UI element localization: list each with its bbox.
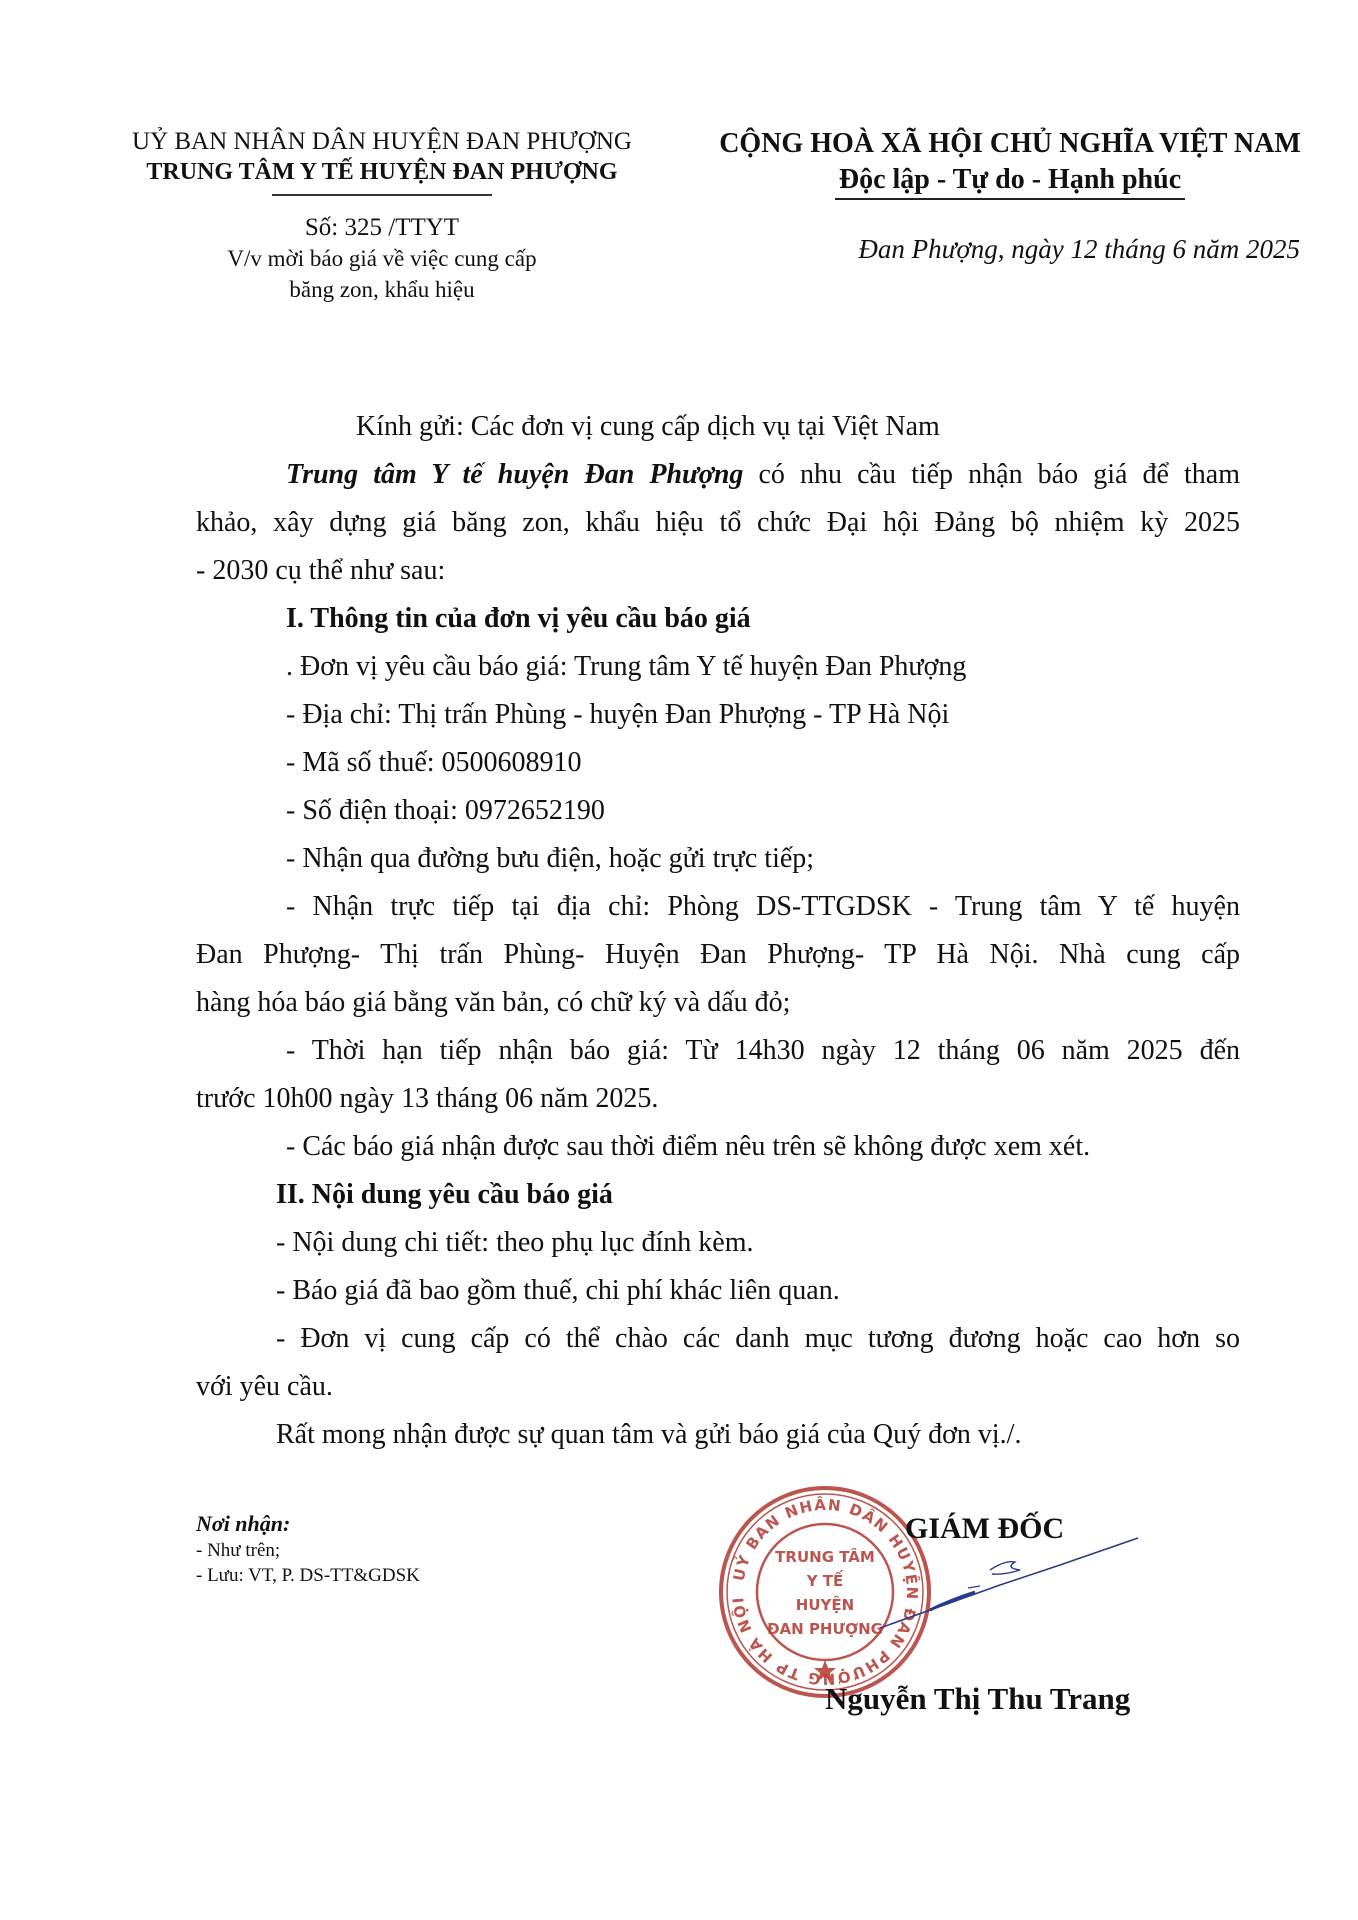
recipients-title: Nơi nhận: bbox=[196, 1510, 420, 1538]
signer-name: Nguyễn Thị Thu Trang bbox=[825, 1681, 1130, 1717]
section-2-item: - Nội dung chi tiết: theo phụ lục đính k… bbox=[196, 1219, 1240, 1267]
closing-sentence: Rất mong nhận được sự quan tâm và gửi bá… bbox=[196, 1411, 1240, 1459]
deadline-line-1: - Thời hạn tiếp nhận báo giá: Từ 14h30 n… bbox=[196, 1027, 1240, 1075]
recipient-item: - Lưu: VT, P. DS-TT&GDSK bbox=[196, 1563, 420, 1588]
stamp-inner-line: TRUNG TÂM bbox=[775, 1547, 875, 1566]
national-header: CỘNG HOÀ XÃ HỘI CHỦ NGHĨA VIỆT NAM Độc l… bbox=[690, 126, 1330, 200]
letter-body: Kính gửi: Các đơn vị cung cấp dịch vụ tạ… bbox=[196, 403, 1240, 1459]
recipients-block: Nơi nhận: - Như trên; - Lưu: VT, P. DS-T… bbox=[196, 1510, 420, 1588]
nation-title: CỘNG HOÀ XÃ HỘI CHỦ NGHĨA VIỆT NAM bbox=[690, 126, 1330, 162]
authority-name: UỶ BAN NHÂN DÂN HUYỆN ĐAN PHƯỢNG bbox=[92, 126, 672, 157]
section-1-item: - Mã số thuế: 0500608910 bbox=[196, 739, 1240, 787]
direct-receipt-line-2: Đan Phượng- Thị trấn Phùng- Huyện Đan Ph… bbox=[196, 931, 1240, 979]
subject-line-2: băng zon, khẩu hiệu bbox=[92, 274, 672, 305]
intro-line-3: - 2030 cụ thể như sau: bbox=[196, 547, 1240, 595]
subject-line-1: V/v mời báo giá về việc cung cấp bbox=[92, 243, 672, 274]
intro-organization: Trung tâm Y tế huyện Đan Phượng bbox=[286, 459, 743, 490]
agency-underline bbox=[272, 194, 492, 196]
issuing-agency-block: UỶ BAN NHÂN DÂN HUYỆN ĐAN PHƯỢNG TRUNG T… bbox=[92, 126, 672, 305]
recipient-item: - Như trên; bbox=[196, 1538, 420, 1563]
deadline-line-2: trước 10h00 ngày 13 tháng 06 năm 2025. bbox=[196, 1075, 1240, 1123]
section-1-item: - Số điện thoại: 0972652190 bbox=[196, 787, 1240, 835]
equivalent-offer-line-2: với yêu cầu. bbox=[196, 1363, 1240, 1411]
equivalent-offer-line-1: - Đơn vị cung cấp có thể chào các danh m… bbox=[196, 1315, 1240, 1363]
direct-receipt-line-3: hàng hóa báo giá bằng văn bản, có chữ ký… bbox=[196, 979, 1240, 1027]
section-1-item: . Đơn vị yêu cầu báo giá: Trung tâm Y tế… bbox=[196, 643, 1240, 691]
stamp-inner-line: ĐAN PHƯỢNG bbox=[767, 1620, 883, 1638]
stamp-inner-line: HUYỆN bbox=[796, 1594, 854, 1614]
greeting: Kính gửi: Các đơn vị cung cấp dịch vụ tạ… bbox=[196, 403, 1240, 451]
direct-receipt-line-1: - Nhận trực tiếp tại địa chỉ: Phòng DS-T… bbox=[196, 883, 1240, 931]
place-date: Đan Phượng, ngày 12 tháng 6 năm 2025 bbox=[740, 234, 1300, 265]
section-2-item: - Báo giá đã bao gồm thuế, chi phí khác … bbox=[196, 1267, 1240, 1315]
section-1-title: I. Thông tin của đơn vị yêu cầu báo giá bbox=[196, 595, 1240, 643]
section-1-item: - Nhận qua đường bưu điện, hoặc gửi trực… bbox=[196, 835, 1240, 883]
section-1-item: - Địa chỉ: Thị trấn Phùng - huyện Đan Ph… bbox=[196, 691, 1240, 739]
late-submission-note: - Các báo giá nhận được sau thời điểm nê… bbox=[196, 1123, 1240, 1171]
document-number: Số: 325 /TTYT bbox=[92, 213, 672, 243]
stamp-inner-line: Y TẾ bbox=[806, 1569, 844, 1590]
agency-name: TRUNG TÂM Y TẾ HUYỆN ĐAN PHƯỢNG bbox=[92, 157, 672, 188]
intro-text: có nhu cầu tiếp nhận báo giá để tham bbox=[743, 459, 1240, 490]
intro-line-1: Trung tâm Y tế huyện Đan Phượng có nhu c… bbox=[196, 451, 1240, 499]
intro-line-2: khảo, xây dựng giá băng zon, khẩu hiệu t… bbox=[196, 499, 1240, 547]
handwritten-signature-icon bbox=[880, 1530, 1140, 1630]
section-2-title: II. Nội dung yêu cầu báo giá bbox=[196, 1171, 1240, 1219]
national-motto: Độc lập - Tự do - Hạnh phúc bbox=[835, 162, 1185, 200]
